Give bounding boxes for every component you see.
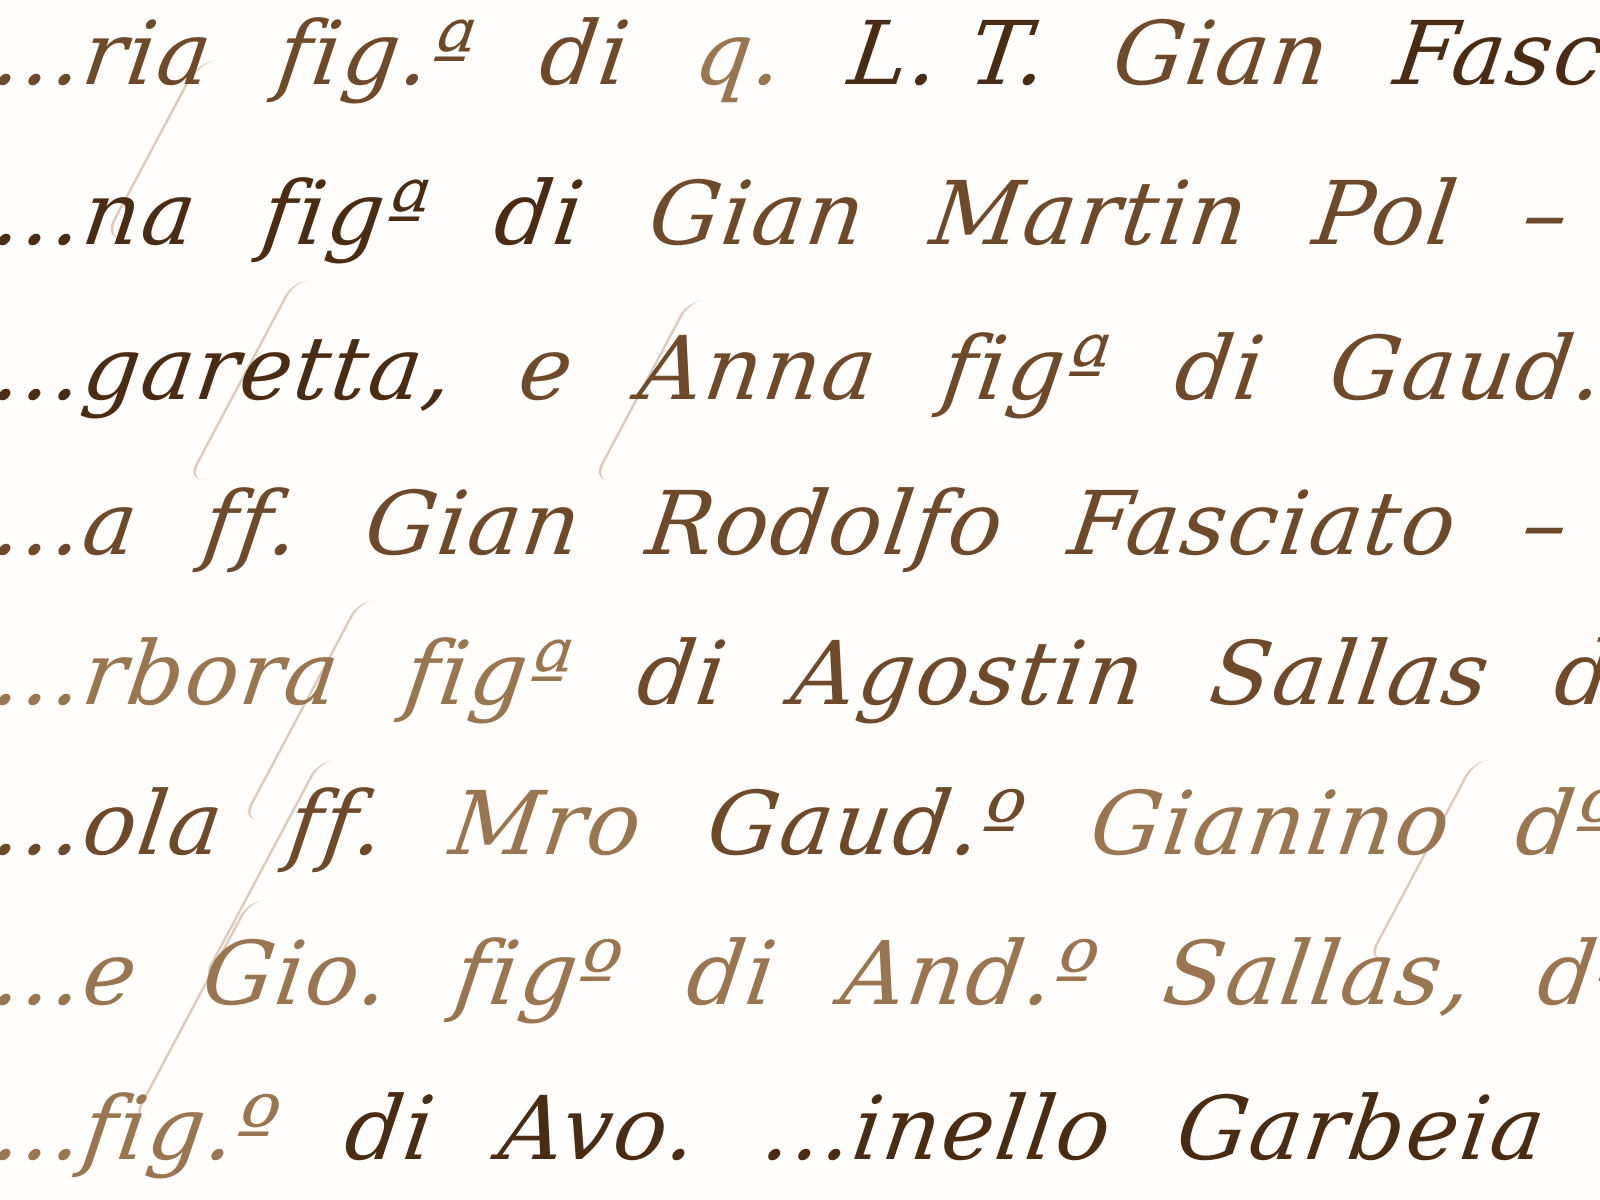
word: Gio.: [198, 930, 396, 1018]
word: Fasciato: [1064, 480, 1463, 568]
word: ...rbora: [0, 630, 346, 718]
word: figª: [400, 630, 579, 718]
word: Gian: [360, 480, 588, 568]
word: Gianino: [1086, 780, 1458, 868]
word: Avo.: [495, 1085, 704, 1173]
word: ...a: [0, 480, 145, 568]
word: Gian: [644, 170, 872, 258]
word: Sallas: [1205, 630, 1496, 718]
word: Agostin: [787, 630, 1152, 718]
word: Gaud.º: [702, 780, 1031, 868]
word: ...na: [0, 170, 203, 258]
manuscript-line-5: ...rbora figª di Agostin Sallas dº Ago..…: [0, 630, 1600, 718]
manuscript-page: ...ria fig.ª di q. L. T. Gian Fasciati .…: [0, 0, 1600, 1200]
word: –: [1517, 480, 1575, 568]
word: Gian: [1108, 10, 1336, 98]
word: figª: [257, 170, 436, 258]
word: figª: [937, 325, 1116, 413]
word: ...garetta,: [0, 325, 460, 413]
word: di: [535, 10, 636, 98]
word: Rodolfo: [642, 480, 1011, 568]
word: ff.: [198, 480, 306, 568]
word: q.: [690, 10, 791, 98]
word: fig.ª: [272, 10, 481, 98]
word: di: [490, 170, 591, 258]
word: figº: [450, 930, 629, 1018]
word: Anna: [634, 325, 884, 413]
word: Gaud.º: [1325, 325, 1600, 413]
word: di: [1170, 325, 1271, 413]
word: e: [514, 325, 580, 413]
word: ...ria: [0, 10, 219, 98]
word: L. T.: [844, 10, 1054, 98]
word: Sallas,: [1158, 930, 1479, 1018]
manuscript-line-6: ...ola ff. Mro Gaud.º Gianino dº Dosso..…: [0, 780, 1600, 868]
manuscript-line-4: ...a ff. Gian Rodolfo Fasciato –: [0, 480, 1600, 568]
word: And.º: [837, 930, 1105, 1018]
manuscript-line-7: ...e Gio. figº di And.º Sallas, dº Scher…: [0, 930, 1600, 1018]
word: dº: [1550, 630, 1600, 718]
word: ...ola: [0, 780, 230, 868]
word: –: [1517, 170, 1575, 258]
manuscript-line-1: ...ria fig.ª di q. L. T. Gian Fasciati: [0, 10, 1600, 98]
word: Fasciati: [1390, 10, 1600, 98]
word: ...fig.º: [0, 1085, 287, 1173]
word: dº: [1511, 780, 1600, 868]
word: Pol: [1309, 170, 1464, 258]
word: Martin: [926, 170, 1255, 258]
manuscript-line-3: ...garetta, e Anna figª di Gaud.º Fascia…: [0, 325, 1600, 413]
word: ...e: [0, 930, 144, 1018]
word: ff.: [283, 780, 391, 868]
word: di: [682, 930, 783, 1018]
word: dº: [1533, 930, 1600, 1018]
word: ...inello: [758, 1085, 1118, 1173]
word: di: [340, 1085, 441, 1173]
word: Garbeia: [1172, 1085, 1552, 1173]
manuscript-line-2: ...na figª di Gian Martin Pol –: [0, 170, 1600, 258]
manuscript-line-8: ...fig.º di Avo. ...inello Garbeia Scri.…: [0, 1085, 1600, 1173]
word: Mro: [445, 780, 649, 868]
word: di: [632, 630, 733, 718]
